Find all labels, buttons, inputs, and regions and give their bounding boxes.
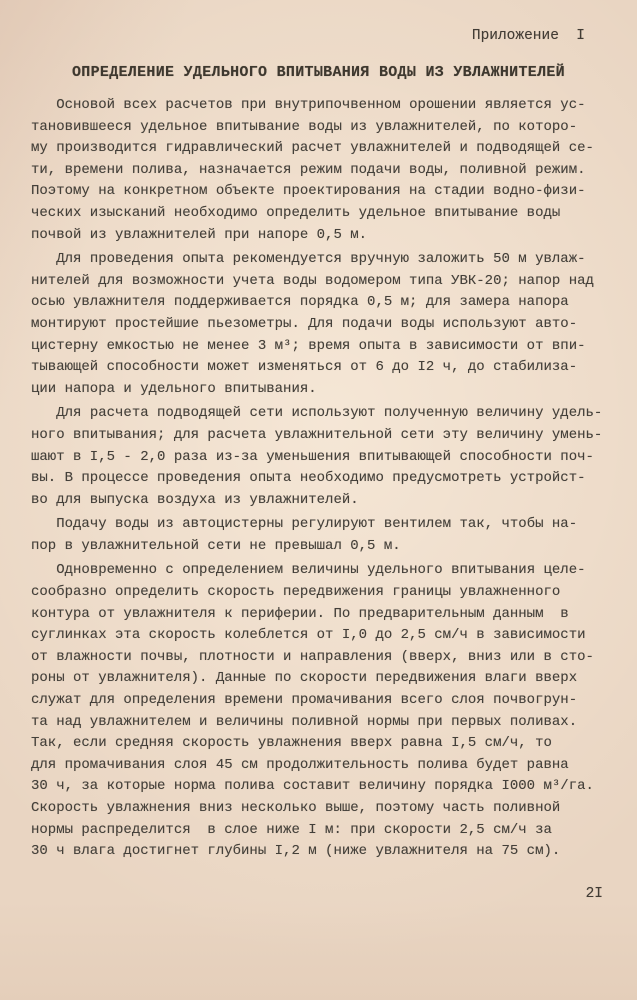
paragraph-5: Одновременно с определением величины уде… — [31, 560, 627, 862]
paragraph-1: Основой всех расчетов при внутрипочвенно… — [31, 95, 627, 246]
appendix-label: Приложение I — [472, 28, 585, 44]
paragraph-4: Подачу воды из автоцистерны регулируют в… — [31, 514, 627, 557]
paragraph-3: Для расчета подводящей сети используют п… — [31, 403, 627, 511]
scanned-document-page: Приложение I ОПРЕДЕЛЕНИЕ УДЕЛЬНОГО ВПИТЫ… — [0, 0, 637, 1000]
paragraph-2: Для проведения опыта рекомендуется вручн… — [31, 249, 627, 400]
page-number: 2I — [586, 886, 603, 902]
page-title: ОПРЕДЕЛЕНИЕ УДЕЛЬНОГО ВПИТЫВАНИЯ ВОДЫ ИЗ… — [0, 64, 637, 81]
document-body: Основой всех расчетов при внутрипочвенно… — [31, 95, 627, 866]
